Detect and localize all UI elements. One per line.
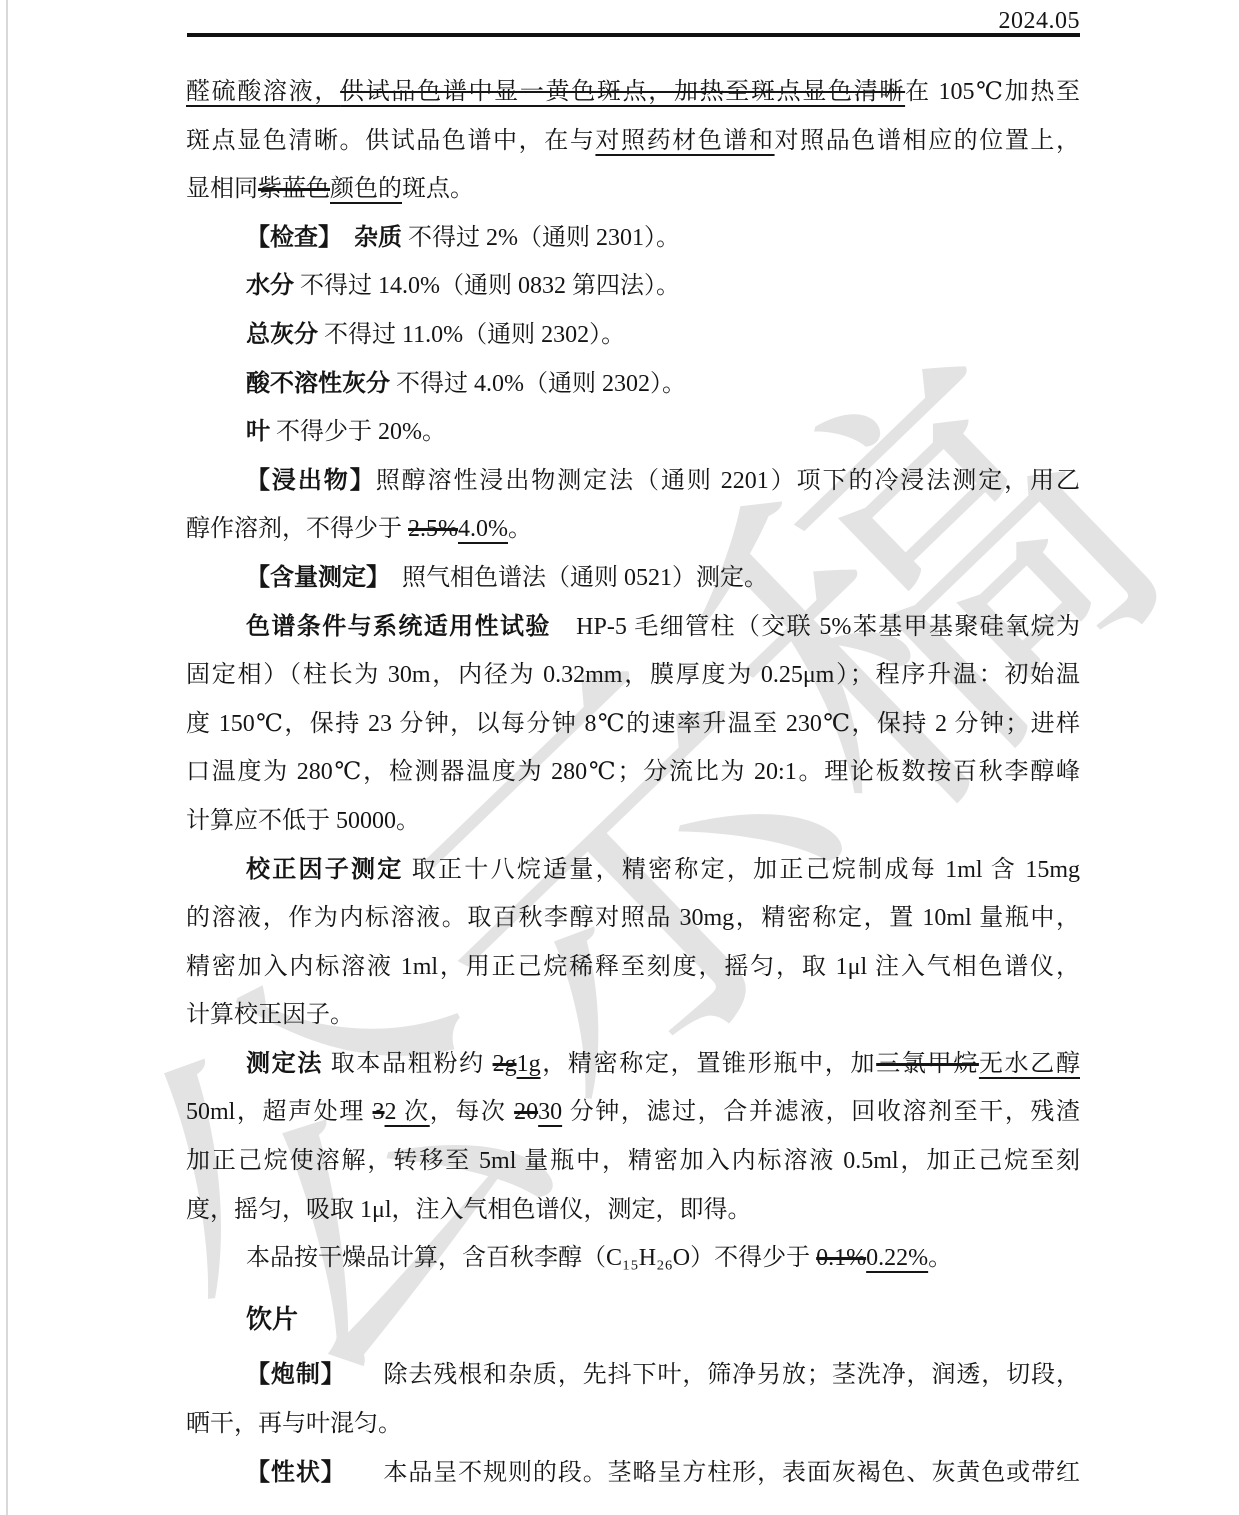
text-line: 口温度为 280℃，检测器温度为 280℃；分流比为 20:1。理论板数按百秋李…: [186, 748, 1080, 797]
text-segment: 2g: [493, 1051, 517, 1077]
text-line: 【性状】 本品呈不规则的段。茎略呈方柱形，表面灰褐色、灰黄色或带红: [186, 1449, 1080, 1498]
header-rule: [187, 33, 1080, 37]
text-segment: 不得过 4.0%（通则 2302）。: [390, 371, 686, 397]
text-segment: 【炮制】: [246, 1362, 334, 1388]
text-segment: 取正十八烷适量，精密称定，加正己烷制成每 1ml 含 15mg: [404, 857, 1080, 883]
text-line: 度 150℃，保持 23 分钟，以每分钟 8℃的速率升温至 230℃，保持 2 …: [186, 700, 1080, 749]
text-segment: 50ml，超声处理: [186, 1099, 373, 1125]
text-segment: 3: [373, 1099, 385, 1125]
document-body: 醛硫酸溶液，供试品色谱中显一黄色斑点，加热至斑点显色清晰在 105℃加热至斑点显…: [186, 68, 1080, 1497]
text-line: 度，摇匀，吸取 1μl，注入气相色谱仪，测定，即得。: [186, 1186, 1080, 1235]
text-line: 【检查】 杂质 不得过 2%（通则 2301）。: [186, 214, 1080, 263]
text-segment: 不得过 14.0%（通则 0832 第四法）。: [294, 273, 680, 299]
text-line: 【含量测定】 照气相色谱法（通则 0521）测定。: [186, 554, 1080, 603]
text-line: 测定法 取本品粗粉约 2g1g，精密称定，置锥形瓶中，加三氯甲烷无水乙醇: [186, 1040, 1080, 1089]
text-segment: 斑点显色清晰。供试品色谱中，在与: [186, 128, 595, 154]
text-segment: 照醇溶性浸出物测定法（通则 2201）项下的冷浸法测定，用乙: [376, 468, 1080, 494]
text-segment: 除去残根和杂质，先抖下叶，筛净另放；茎洗净，润透，切段，: [334, 1362, 1080, 1388]
text-segment: 2 次: [385, 1099, 430, 1125]
text-segment: ，每次: [430, 1099, 514, 1125]
text-line: 晒干，再与叶混匀。: [186, 1400, 1080, 1449]
section-heading: 饮片: [186, 1296, 1080, 1345]
text-segment: ，精密称定，置锥形瓶中，加: [541, 1051, 877, 1077]
text-segment: 4.0%: [458, 516, 508, 542]
text-segment: 对照药材色谱和: [595, 128, 774, 154]
text-segment: 三氯甲烷: [876, 1051, 979, 1077]
text-segment: 【检查】 杂质: [246, 225, 402, 251]
text-segment: 精密加入内标溶液 1ml，用正己烷稀释至刻度，摇匀，取 1μl 注入气相色谱仪，: [186, 954, 1080, 980]
text-segment: 度，摇匀，吸取 1μl，注入气相色谱仪，测定，即得。: [186, 1197, 752, 1223]
text-line: 精密加入内标溶液 1ml，用正己烷稀释至刻度，摇匀，取 1μl 注入气相色谱仪，: [186, 943, 1080, 992]
text-segment: 1g: [517, 1051, 541, 1077]
text-segment: 30: [538, 1099, 562, 1125]
text-segment: 叶: [246, 419, 270, 445]
text-line: 醛硫酸溶液，供试品色谱中显一黄色斑点，加热至斑点显色清晰在 105℃加热至: [186, 68, 1080, 117]
text-segment: 照气相色谱法（通则 0521）测定。: [378, 565, 768, 591]
text-segment: 。: [928, 1245, 952, 1271]
text-segment: 2.5%: [408, 516, 458, 542]
text-segment: 不得过 11.0%（通则 2302）。: [318, 322, 625, 348]
text-line: 色谱条件与系统适用性试验 HP-5 毛细管柱（交联 5%苯基甲基聚硅氧烷为: [186, 603, 1080, 652]
text-line: 【浸出物】照醇溶性浸出物测定法（通则 2201）项下的冷浸法测定，用乙: [186, 457, 1080, 506]
text-line: 叶 不得少于 20%。: [186, 408, 1080, 457]
text-segment: 的溶液，作为内标溶液。取百秋李醇对照品 30mg，精密称定，置 10ml 量瓶中…: [186, 905, 1080, 931]
text-segment: 不得少于 20%。: [270, 419, 446, 445]
text-line: 【炮制】 除去残根和杂质，先抖下叶，筛净另放；茎洗净，润透，切段，: [186, 1351, 1080, 1400]
text-segment: 色谱条件与系统适用性试验: [246, 614, 551, 640]
text-line: 加正己烷使溶解，转移至 5ml 量瓶中，精密加入内标溶液 0.5ml，加正己烷至…: [186, 1137, 1080, 1186]
text-segment: 本品呈不规则的段。茎略呈方柱形，表面灰褐色、灰黄色或带红: [334, 1460, 1080, 1486]
text-segment: 供试品色谱中显一黄色斑点，加热至斑点显色清晰: [340, 79, 905, 105]
text-segment: 水分: [246, 273, 294, 299]
text-segment: 酸不溶性灰分: [246, 371, 390, 397]
text-segment: 晒干，再与叶混匀。: [186, 1411, 402, 1437]
text-line: 总灰分 不得过 11.0%（通则 2302）。: [186, 311, 1080, 360]
text-segment: 0.22%: [866, 1245, 928, 1271]
text-segment: 醇作溶剂，不得少于: [186, 516, 408, 542]
text-line: 计算校正因子。: [186, 991, 1080, 1040]
text-segment: 口温度为 280℃，检测器温度为 280℃；分流比为 20:1。理论板数按百秋李…: [186, 759, 1080, 785]
text-line: 醇作溶剂，不得少于 2.5%4.0%。: [186, 505, 1080, 554]
text-line: 的溶液，作为内标溶液。取百秋李醇对照品 30mg，精密称定，置 10ml 量瓶中…: [186, 894, 1080, 943]
text-segment: HP-5 毛细管柱（交联 5%苯基甲基聚硅氧烷为: [551, 614, 1080, 640]
page-edge-line: [6, 0, 8, 1515]
text-line: 50ml，超声处理 32 次，每次 2030 分钟，滤过，合并滤液，回收溶剂至干…: [186, 1088, 1080, 1137]
text-segment: 在 105℃加热至: [905, 79, 1080, 105]
text-segment: 【浸出物】: [246, 468, 376, 494]
text-segment: 加正己烷使溶解，转移至 5ml 量瓶中，精密加入内标溶液 0.5ml，加正己烷至…: [186, 1148, 1080, 1174]
text-segment: 20: [514, 1099, 538, 1125]
text-segment: 【含量测定】: [246, 565, 378, 591]
text-line: 酸不溶性灰分 不得过 4.0%（通则 2302）。: [186, 360, 1080, 409]
text-segment: 颜色的: [330, 176, 402, 202]
text-segment: 校正因子测定: [246, 857, 404, 883]
text-segment: 计算应不低于 50000。: [186, 808, 420, 834]
text-segment: 固定相）（柱长为 30m，内径为 0.32mm，膜厚度为 0.25μm）；程序升…: [186, 662, 1080, 688]
text-segment: 醛硫酸溶液，: [186, 79, 340, 105]
text-segment: 测定法: [246, 1051, 323, 1077]
text-segment: 无水乙醇: [979, 1051, 1080, 1077]
text-segment: 饮片: [246, 1305, 298, 1334]
text-line: 固定相）（柱长为 30m，内径为 0.32mm，膜厚度为 0.25μm）；程序升…: [186, 651, 1080, 700]
text-segment: 本品按干燥品计算，含百秋李醇（C₁₅H₂₆O）不得少于: [246, 1245, 816, 1271]
text-segment: 。: [508, 516, 532, 542]
text-segment: 不得过 2%（通则 2301）。: [402, 225, 680, 251]
header-date: 2024.05: [186, 8, 1080, 35]
text-segment: 斑点。: [402, 176, 474, 202]
text-segment: 0.1%: [816, 1245, 866, 1271]
text-segment: 计算校正因子。: [186, 1002, 354, 1028]
text-segment: 总灰分: [246, 322, 318, 348]
text-segment: 紫蓝色: [258, 176, 330, 202]
text-segment: 分钟，滤过，合并滤液，回收溶剂至干，残渣: [562, 1099, 1080, 1125]
text-line: 斑点显色清晰。供试品色谱中，在与对照药材色谱和对照品色谱相应的位置上，: [186, 117, 1080, 166]
text-segment: 对照品色谱相应的位置上，: [775, 128, 1080, 154]
text-segment: 【性状】: [246, 1460, 334, 1486]
text-line: 计算应不低于 50000。: [186, 797, 1080, 846]
text-line: 校正因子测定 取正十八烷适量，精密称定，加正己烷制成每 1ml 含 15mg: [186, 846, 1080, 895]
text-segment: 取本品粗粉约: [323, 1051, 493, 1077]
text-segment: 显相同: [186, 176, 258, 202]
text-line: 水分 不得过 14.0%（通则 0832 第四法）。: [186, 262, 1080, 311]
text-line: 本品按干燥品计算，含百秋李醇（C₁₅H₂₆O）不得少于 0.1%0.22%。: [186, 1234, 1080, 1283]
text-segment: 度 150℃，保持 23 分钟，以每分钟 8℃的速率升温至 230℃，保持 2 …: [186, 711, 1080, 737]
text-line: 显相同紫蓝色颜色的斑点。: [186, 165, 1080, 214]
document-page: 公示稿 2024.05 醛硫酸溶液，供试品色谱中显一黄色斑点，加热至斑点显色清晰…: [0, 0, 1239, 1515]
